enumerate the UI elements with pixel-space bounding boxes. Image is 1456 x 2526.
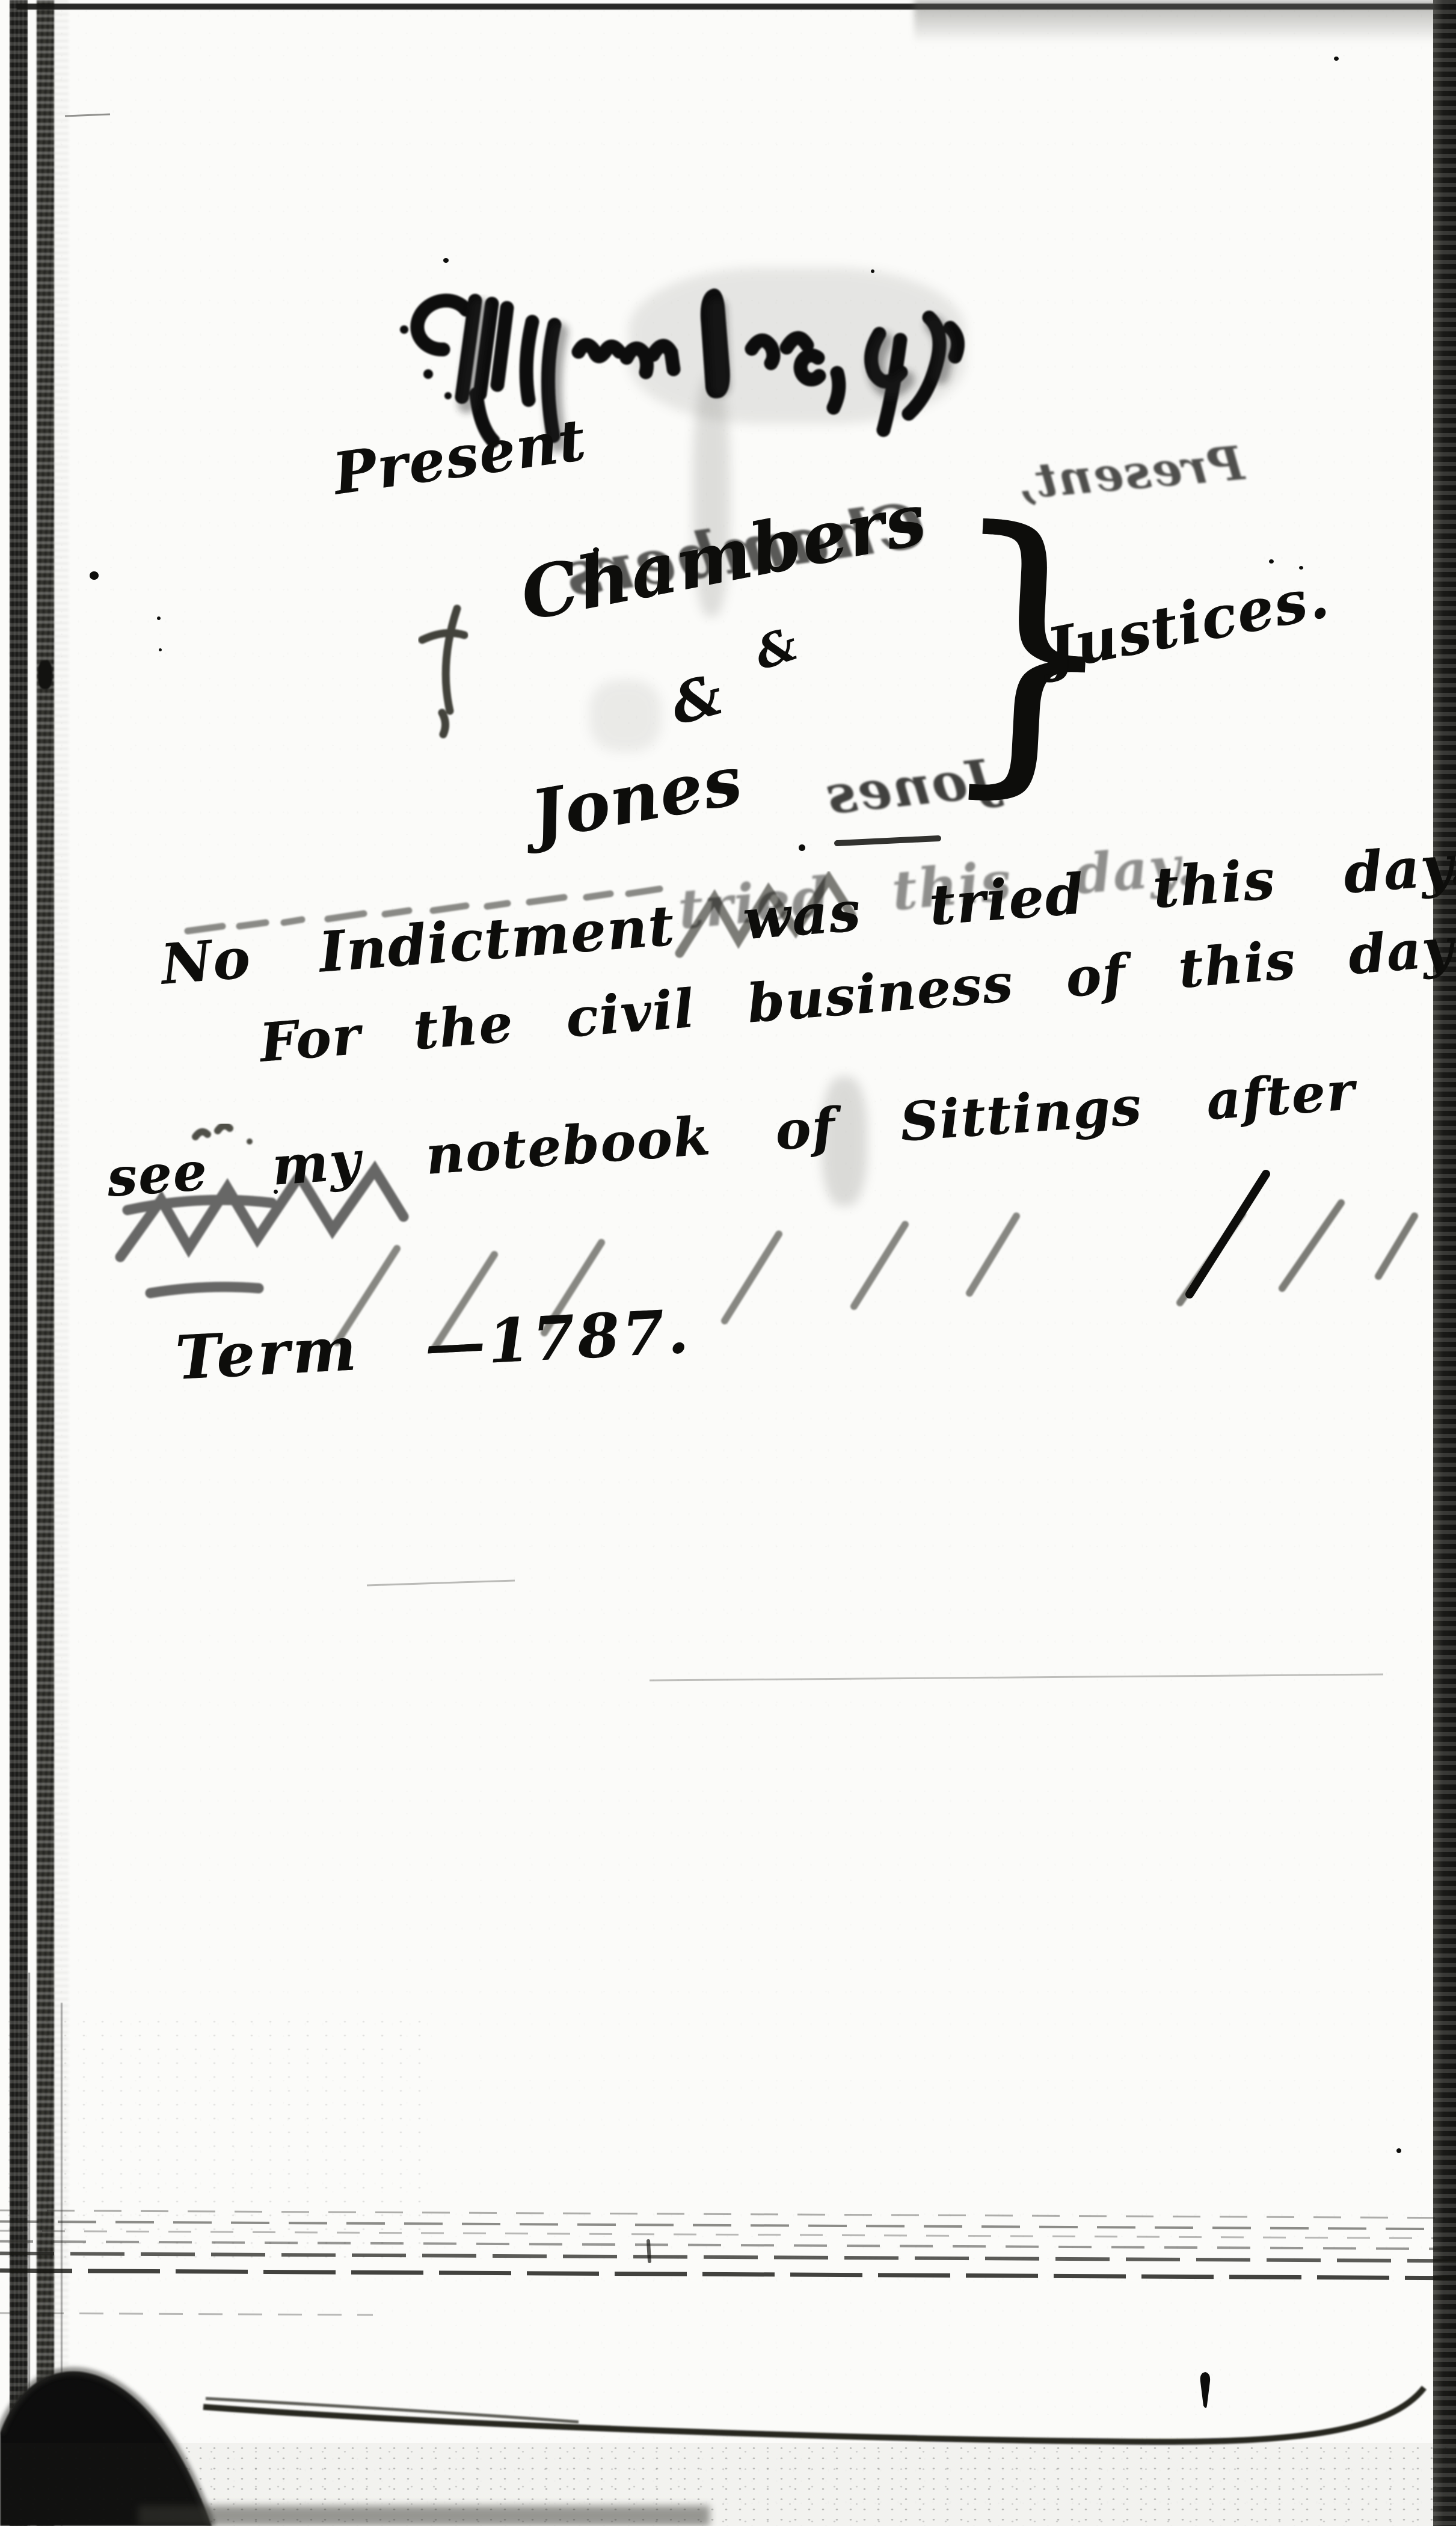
ink-speck [443, 258, 449, 263]
ink-speck [1299, 566, 1303, 570]
ink-speck [159, 648, 162, 651]
bottom-dark-smear [138, 2506, 710, 2526]
present-label: Present [330, 411, 589, 503]
ink-speck [871, 269, 874, 273]
bleed-fragments-left [422, 609, 464, 734]
scratch-line [0, 2269, 1456, 2281]
faint-hairline [650, 1674, 1383, 1680]
term-year-line: Term —1787. [174, 1301, 692, 1388]
ink-speck [90, 571, 99, 580]
ink-speck [1334, 57, 1339, 61]
ampersand-lower: & [665, 666, 729, 733]
notebook-line-text: see my notebook of Sittings after [105, 1059, 1357, 1209]
left-edge-ink-blotch [38, 660, 52, 689]
ink-speck [157, 616, 161, 620]
ink-speck [274, 1190, 278, 1194]
notebook-line: see my notebook of Sittings after 4.th [105, 1049, 1456, 1204]
ink-speck [1396, 2148, 1401, 2153]
justice-name-chambers: Chambers [515, 483, 932, 631]
ink-speck [1269, 559, 1274, 564]
bleed-slashes-right [1180, 1203, 1415, 1303]
right-page-edge [1433, 0, 1456, 2526]
ink-tick-mark [648, 2241, 650, 2261]
bleed-fog-patch [628, 268, 965, 424]
ink-dot-after-jones [799, 844, 805, 851]
ink-speck [593, 547, 599, 553]
faint-hairline [367, 1581, 515, 1585]
manuscript-scan-page: Present Present, Chambers Chambers & & J… [0, 0, 1456, 2526]
bottom-page-curl-line-2 [206, 2398, 579, 2422]
justice-name-jones: Jones [526, 746, 748, 850]
paper-speckle-patch [0, 2015, 433, 2267]
ampersand-upper: & [749, 621, 803, 677]
top-right-shadow-wash [914, 0, 1437, 43]
bleed-fog-patch [589, 680, 662, 752]
margin-hairline [65, 114, 110, 116]
jones-bleed-underline [837, 838, 938, 843]
smudged-heading-blob [400, 289, 730, 399]
bottom-page-curl-line [203, 2388, 1424, 2442]
after-descender-flourish [1190, 1174, 1266, 1294]
ink-tick-mark [1200, 2372, 1210, 2408]
